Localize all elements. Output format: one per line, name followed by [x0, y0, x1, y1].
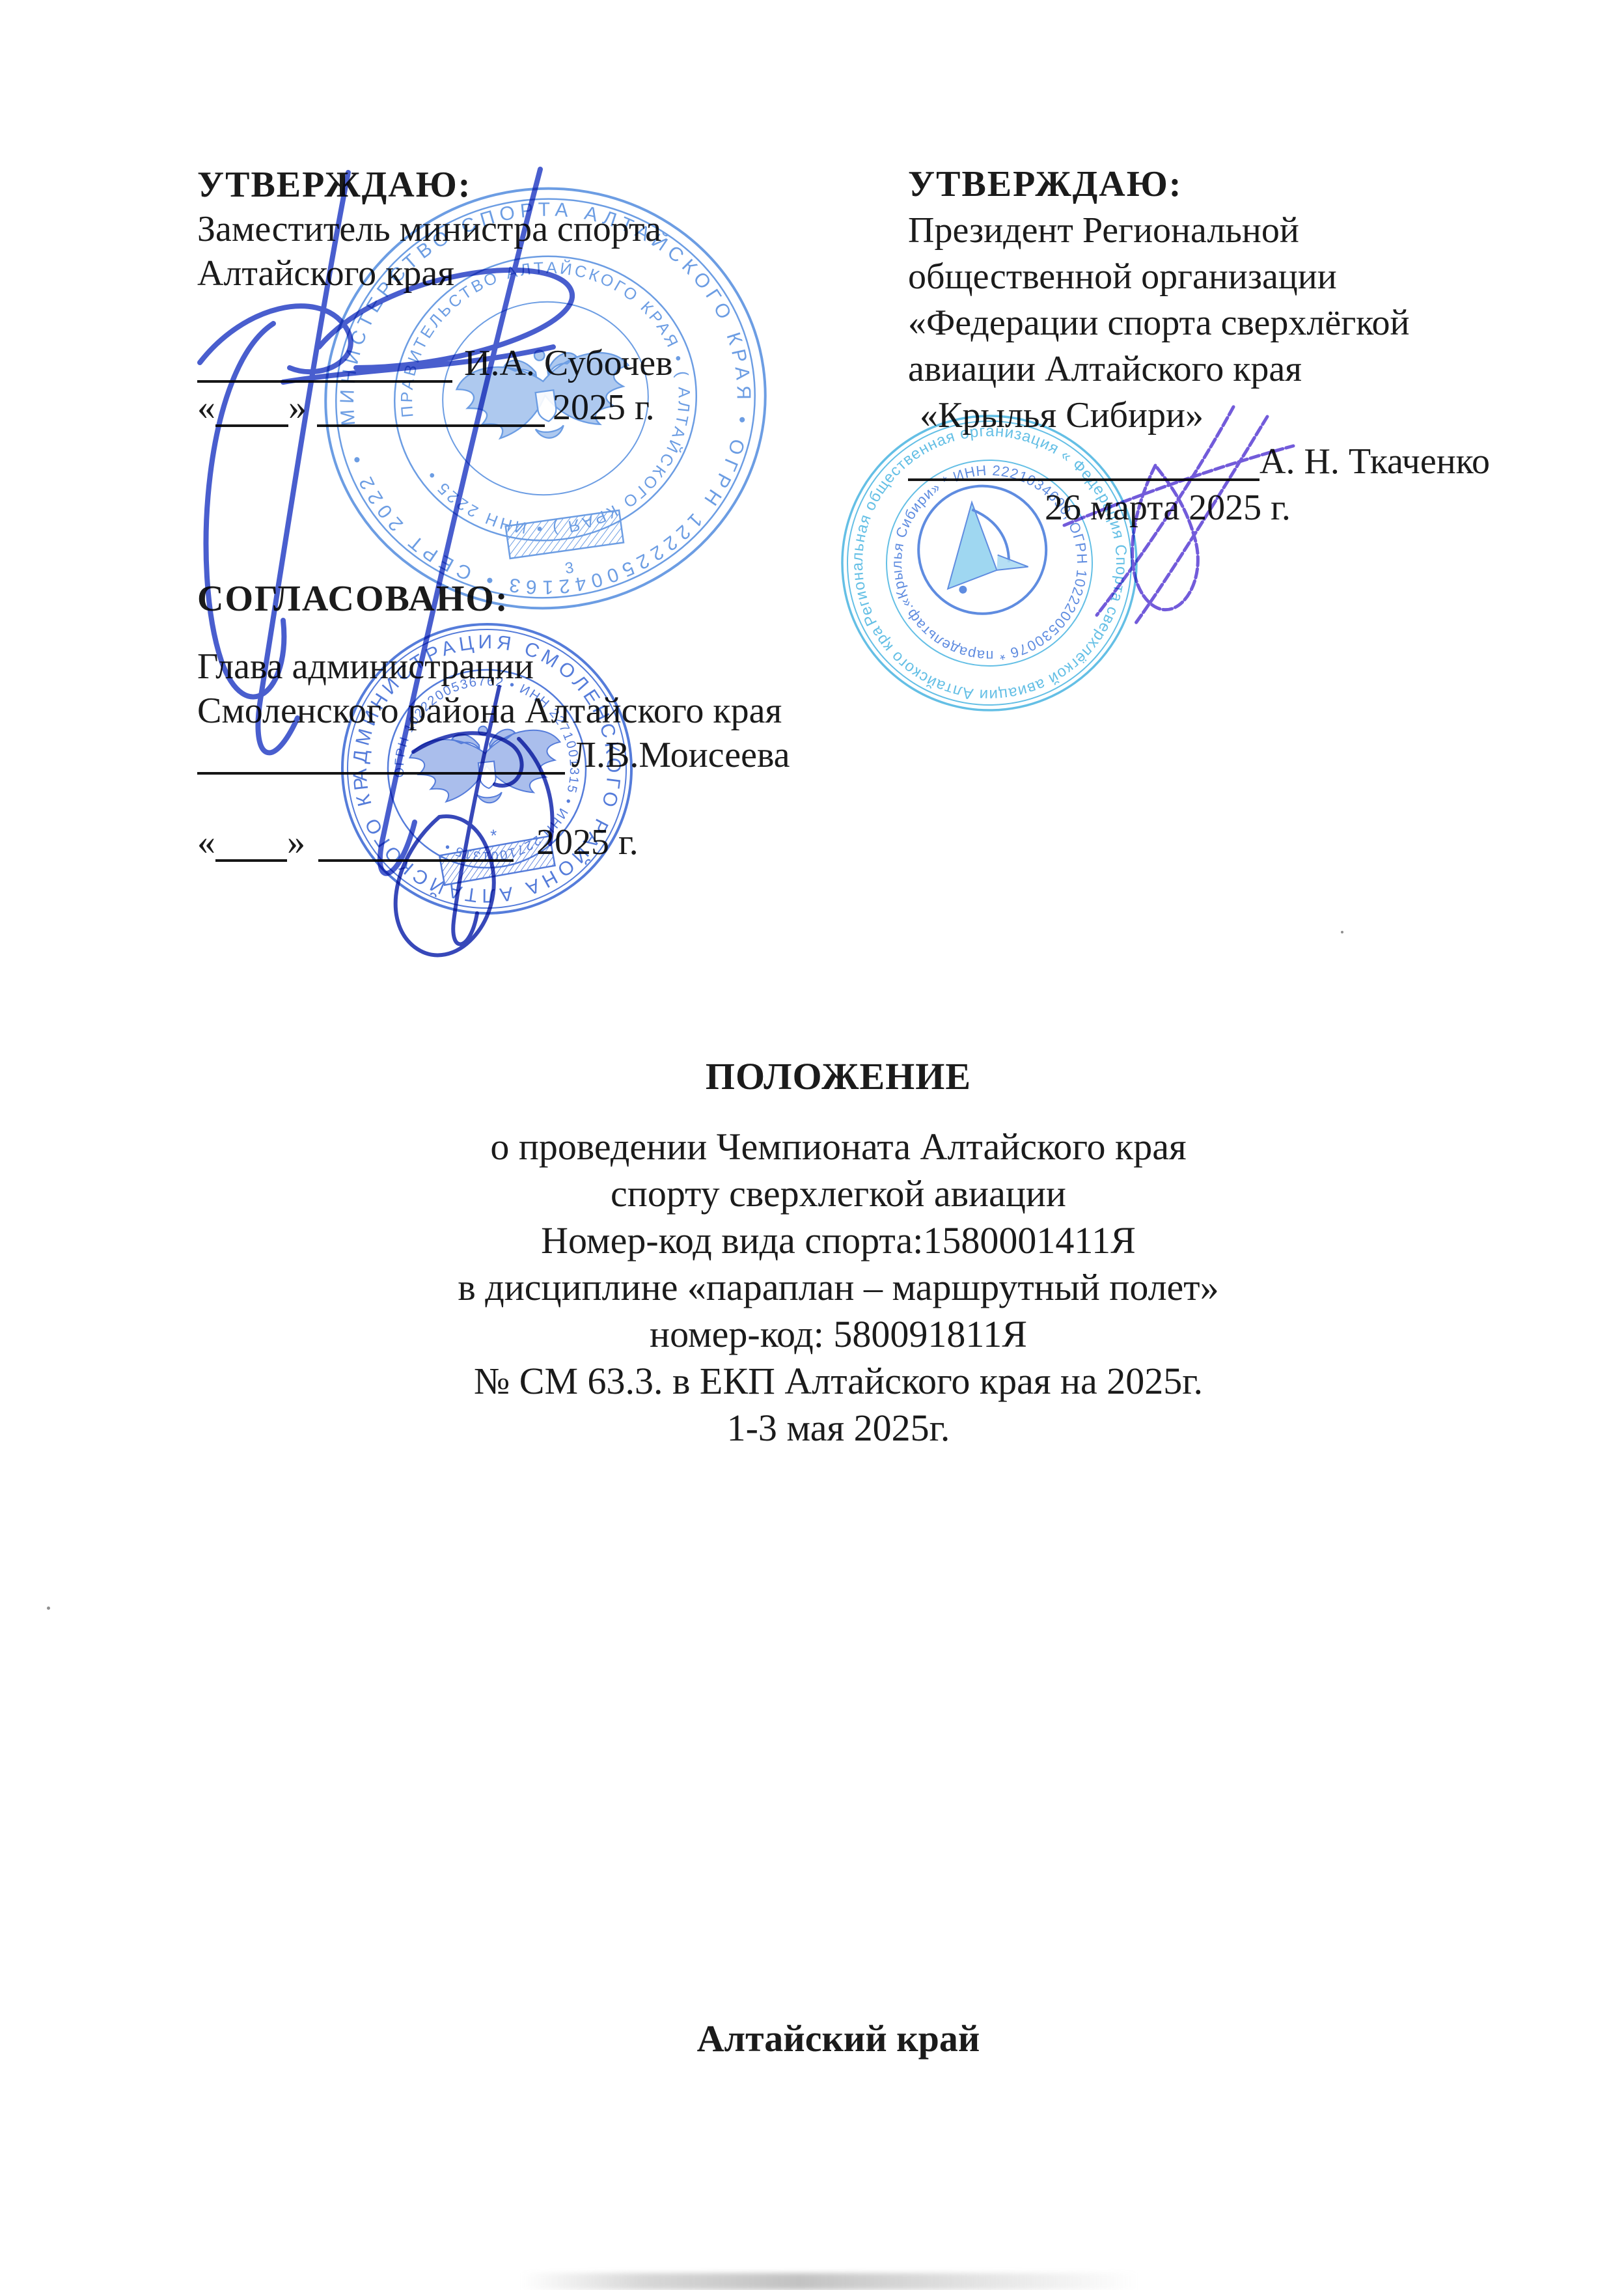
approval-right-heading: УТВЕРЖДАЮ: — [908, 161, 1490, 208]
title-line: спорту сверхлегкой авиации — [65, 1170, 1612, 1217]
title-line: Номер-код вида спорта:1580001411Я — [65, 1217, 1612, 1264]
approval-right-line: общественной организации — [908, 254, 1490, 300]
signature-tkachenko — [1038, 387, 1318, 648]
document-title: ПОЛОЖЕНИЕ — [65, 1053, 1612, 1100]
title-line: № СМ 63.3. в ЕКП Алтайского края на 2025… — [65, 1358, 1612, 1405]
title-line: 1-3 мая 2025г. — [65, 1405, 1612, 1452]
scan-smudge — [521, 2273, 1139, 2290]
spacer — [65, 1100, 1612, 1124]
title-line: в дисциплине «параплан – маршрутный поле… — [65, 1264, 1612, 1311]
scanned-document-page: УТВЕРЖДАЮ: Заместитель министра спорта А… — [0, 0, 1624, 2290]
footer-region: Алтайский край — [65, 2017, 1612, 2061]
scan-speck — [1341, 931, 1343, 933]
approval-right-line: Президент Региональной — [908, 208, 1490, 254]
title-line: номер-код: 580091811Я — [65, 1311, 1612, 1358]
title-line: о проведении Чемпионата Алтайского края — [65, 1124, 1612, 1170]
approval-right-line: авиации Алтайского края — [908, 346, 1490, 393]
regulation-title-block: ПОЛОЖЕНИЕ о проведении Чемпионата Алтайс… — [65, 1053, 1612, 1452]
scan-speck — [47, 1607, 50, 1610]
approval-right-line: «Федерации спорта сверхлёгкой — [908, 300, 1490, 346]
footer-region-block: Алтайский край — [65, 2017, 1612, 2061]
signature-moiseeva — [355, 674, 628, 980]
